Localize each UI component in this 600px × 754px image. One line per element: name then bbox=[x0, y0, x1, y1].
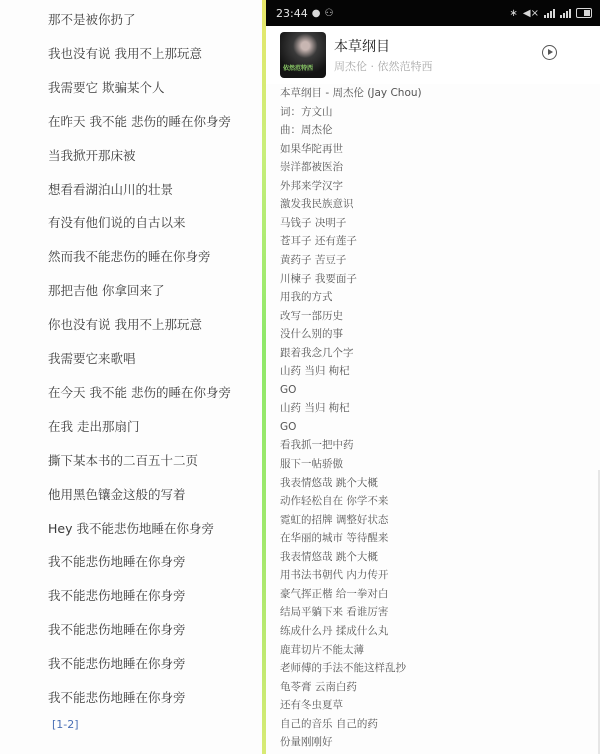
lyric-line: 我表情悠哉 跳个大概 bbox=[280, 476, 378, 490]
lyric-line: 词：方文山 bbox=[280, 105, 333, 119]
lyric-line: 在华丽的城市 等待醒来 bbox=[280, 531, 388, 545]
lyric-line: 那不是被你扔了 bbox=[48, 12, 136, 28]
notification-dot-icon: ● bbox=[312, 8, 321, 19]
lyric-line: GO bbox=[280, 420, 296, 434]
lyric-line: 然而我不能悲伤的睡在你身旁 bbox=[48, 249, 211, 265]
song-title: 本草纲目 bbox=[334, 36, 390, 56]
lyric-line: 用书法书朝代 内力传开 bbox=[280, 568, 388, 582]
lyric-line: 我不能悲伤地睡在你身旁 bbox=[48, 690, 186, 706]
lyric-line: 山药 当归 枸杞 bbox=[280, 401, 350, 415]
song-card[interactable]: 依然范特西 本草纲目 周杰伦 · 依然范特西 bbox=[266, 26, 600, 84]
status-time: 23:44 bbox=[276, 7, 308, 20]
lyric-line: GO bbox=[280, 383, 296, 397]
reference-link[interactable]: [1-2] bbox=[52, 718, 79, 731]
lyric-line: 我不能悲伤地睡在你身旁 bbox=[48, 622, 186, 638]
battery-icon bbox=[576, 8, 592, 18]
lyric-line: 份量刚刚好 bbox=[280, 735, 333, 749]
lyric-line: 本草纲目 - 周杰伦 (Jay Chou) bbox=[280, 86, 422, 100]
lyric-line: 用我的方式 bbox=[280, 290, 333, 304]
lyric-line: 练成什么丹 揉成什么丸 bbox=[280, 624, 388, 638]
lyric-line: 还有冬虫夏草 bbox=[280, 698, 343, 712]
lyric-line: 当我掀开那床被 bbox=[48, 148, 136, 164]
lyric-line: 在昨天 我不能 悲伤的睡在你身旁 bbox=[48, 114, 231, 130]
status-bar: 23:44 ● ⚇ ∗ ◀× bbox=[266, 0, 600, 26]
person-icon: ⚇ bbox=[324, 8, 333, 19]
lyric-line: 曲：周杰伦 bbox=[280, 123, 333, 137]
lyric-line: 有没有他们说的自古以来 bbox=[48, 215, 186, 231]
lyric-line: 崇洋都被医治 bbox=[280, 160, 343, 174]
lyric-line: 结局平躺下来 看谁厉害 bbox=[280, 605, 388, 619]
lyric-line: 他用黑色镶金这般的写着 bbox=[48, 487, 186, 503]
lyric-line: 苍耳子 还有莲子 bbox=[280, 234, 357, 248]
lyric-line: 没什么别的事 bbox=[280, 327, 343, 341]
album-cover[interactable]: 依然范特西 bbox=[280, 32, 326, 78]
lyric-line: 我不能悲伤地睡在你身旁 bbox=[48, 656, 186, 672]
lyric-line: 自己的音乐 自己的药 bbox=[280, 717, 378, 731]
play-circle-icon[interactable] bbox=[542, 45, 557, 60]
lyric-line: 你也没有说 我用不上那玩意 bbox=[48, 317, 202, 333]
mute-icon: ◀× bbox=[523, 8, 539, 19]
lyric-line: 老师傅的手法不能这样乱抄 bbox=[280, 661, 406, 675]
lyric-line: 改写一部历史 bbox=[280, 309, 343, 323]
lyric-line: 想看看湖泊山川的壮景 bbox=[48, 182, 173, 198]
lyric-line: 撕下某本书的二百五十二页 bbox=[48, 453, 198, 469]
lyric-line: 如果华陀再世 bbox=[280, 142, 343, 156]
song-artist-album: 周杰伦 · 依然范特西 bbox=[334, 58, 433, 74]
lyric-line: 那把吉他 你拿回来了 bbox=[48, 283, 164, 299]
signal-icon bbox=[560, 9, 571, 18]
lyric-line: 马钱子 决明子 bbox=[280, 216, 346, 230]
lyric-line: 我不能悲伤地睡在你身旁 bbox=[48, 588, 186, 604]
left-lyrics-pane: 那不是被你扔了我也没有说 我用不上那玩意我需要它 欺骗某个人在昨天 我不能 悲伤… bbox=[0, 0, 262, 754]
lyric-line: 我表情悠哉 跳个大概 bbox=[280, 550, 378, 564]
lyric-line: 山药 当归 枸杞 bbox=[280, 364, 350, 378]
lyric-line: 我需要它来歌唱 bbox=[48, 351, 136, 367]
phone-screenshot-pane: 23:44 ● ⚇ ∗ ◀× 依然范特西 本草纲目 周杰伦 · 依然范特西 本草… bbox=[266, 0, 600, 754]
lyric-line: 我也没有说 我用不上那玩意 bbox=[48, 46, 202, 62]
lyric-line: 我需要它 欺骗某个人 bbox=[48, 80, 164, 96]
lyric-line: 豪气挥正楷 给一拳对白 bbox=[280, 587, 388, 601]
lyric-line: 龟苓膏 云南白药 bbox=[280, 680, 357, 694]
lyric-line: 外邦来学汉字 bbox=[280, 179, 343, 193]
lyric-line: 激发我民族意识 bbox=[280, 197, 354, 211]
lyric-line: 鹿茸切片不能太薄 bbox=[280, 643, 364, 657]
lyric-line: 川楝子 我要面子 bbox=[280, 272, 357, 286]
signal-icon bbox=[544, 9, 555, 18]
bluetooth-icon: ∗ bbox=[510, 8, 518, 19]
lyric-line: 动作轻松自在 你学不来 bbox=[280, 494, 388, 508]
lyric-line: 我不能悲伤地睡在你身旁 bbox=[48, 554, 186, 570]
lyric-line: 在今天 我不能 悲伤的睡在你身旁 bbox=[48, 385, 231, 401]
lyric-line: 看我抓一把中药 bbox=[280, 438, 354, 452]
lyric-line: 霓虹的招牌 调整好状态 bbox=[280, 513, 388, 527]
cover-label: 依然范特西 bbox=[283, 63, 313, 72]
lyric-line: 服下一帖骄傲 bbox=[280, 457, 343, 471]
lyric-line: 黄药子 苦豆子 bbox=[280, 253, 346, 267]
lyric-line: Hey 我不能悲伤地睡在你身旁 bbox=[48, 521, 214, 537]
lyric-line: 在我 走出那扇门 bbox=[48, 419, 139, 435]
lyric-line: 跟着我念几个字 bbox=[280, 346, 354, 360]
